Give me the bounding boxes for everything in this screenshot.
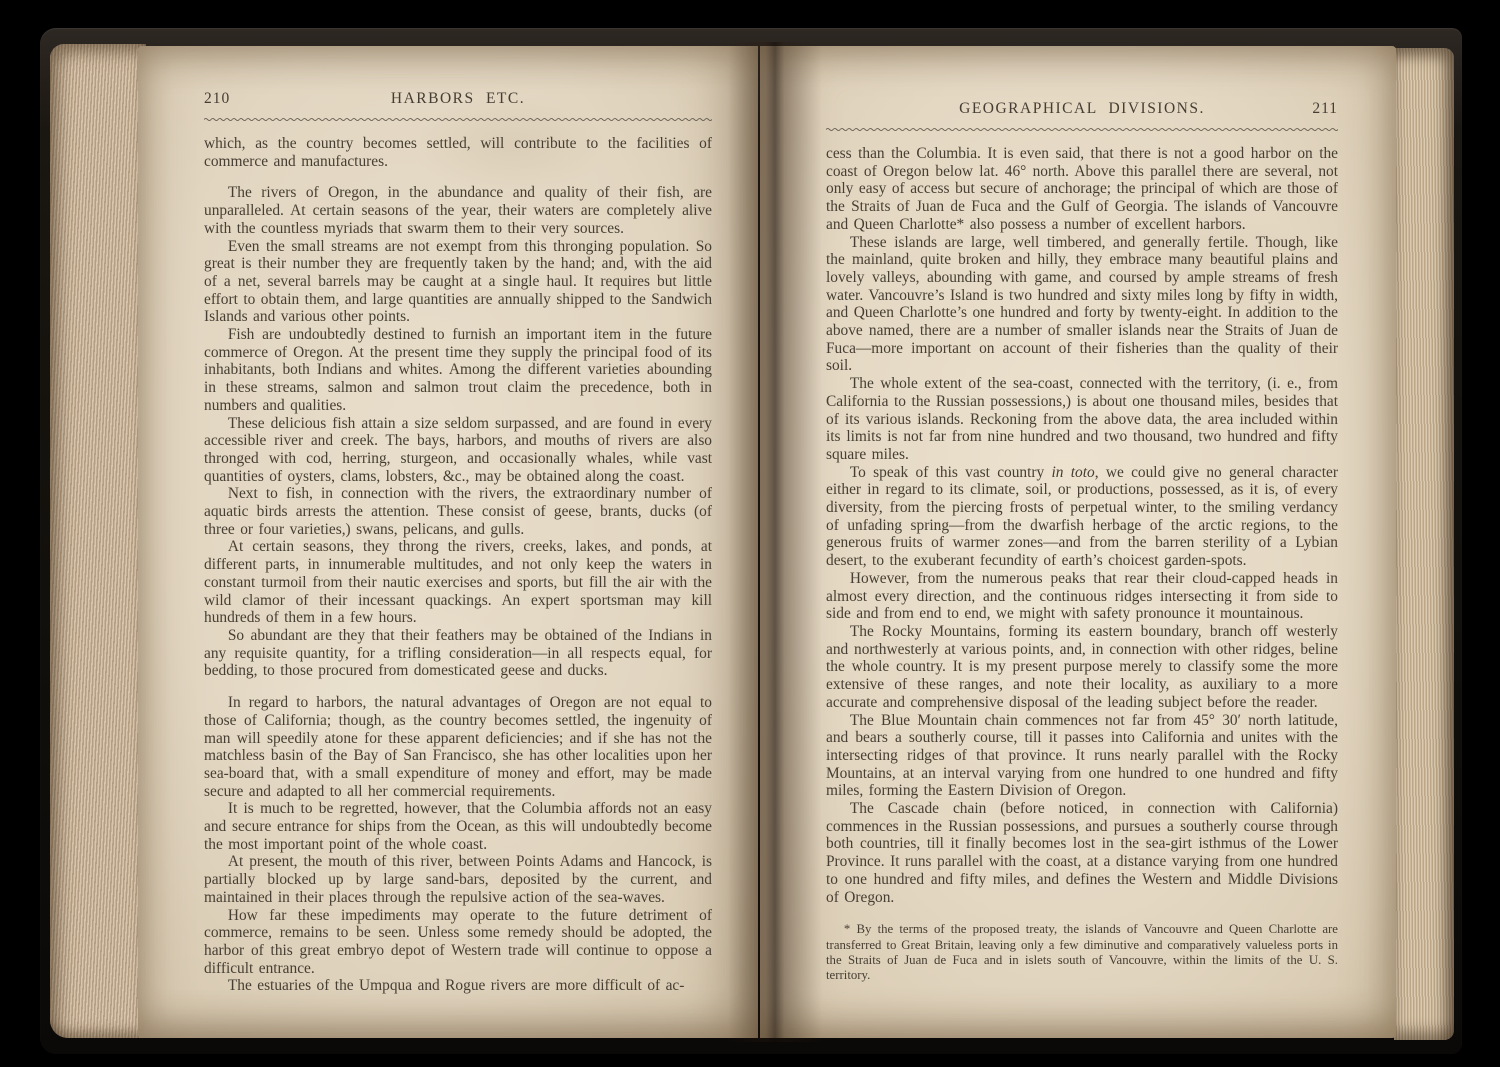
- left-running-head: HARBORS ETC.: [204, 90, 712, 108]
- left-page-body: which, as the country becomes settled, w…: [204, 135, 712, 995]
- right-page: GEOGRAPHICAL DIVISIONS. 211 cess than th…: [760, 46, 1396, 1038]
- left-page-number: 210: [204, 90, 230, 108]
- paragraph: The rivers of Oregon, in the abundance a…: [204, 184, 712, 237]
- paragraph: To speak of this vast country in toto, w…: [826, 464, 1338, 570]
- paragraph: These delicious fish attain a size seldo…: [204, 415, 712, 486]
- paragraph: At present, the mouth of this river, bet…: [204, 853, 712, 906]
- right-page-body: cess than the Columbia. It is even said,…: [826, 145, 1338, 984]
- paragraph-text: To speak of this vast country: [850, 464, 1052, 481]
- paragraph: The Cascade chain (before noticed, in co…: [826, 800, 1338, 906]
- paragraph: The whole extent of the sea-coast, conne…: [826, 375, 1338, 464]
- paragraph: These islands are large, well timbered, …: [826, 234, 1338, 376]
- paragraph: Fish are undoubtedly destined to furnish…: [204, 326, 712, 415]
- right-page-header: GEOGRAPHICAL DIVISIONS. 211: [826, 100, 1338, 120]
- paragraph: The Rocky Mountains, forming its eastern…: [826, 623, 1338, 712]
- paragraph: which, as the country becomes settled, w…: [204, 135, 712, 170]
- wavy-rule: [204, 117, 712, 122]
- photo-background: 210 HARBORS ETC. which, as the country b…: [0, 0, 1500, 1067]
- page-edges-left: [50, 44, 146, 1038]
- book: 210 HARBORS ETC. which, as the country b…: [40, 28, 1462, 1054]
- paragraph: The estuaries of the Umpqua and Rogue ri…: [204, 977, 712, 995]
- paragraph: The Blue Mountain chain commences not fa…: [826, 712, 1338, 801]
- paragraph: However, from the numerous peaks that re…: [826, 570, 1338, 623]
- left-page-header: 210 HARBORS ETC.: [204, 90, 712, 110]
- wavy-rule: [826, 127, 1338, 132]
- right-running-head: GEOGRAPHICAL DIVISIONS.: [826, 100, 1338, 118]
- paragraph: Next to fish, in connection with the riv…: [204, 485, 712, 538]
- paragraph: Even the small streams are not exempt fr…: [204, 238, 712, 327]
- paragraph: It is much to be regretted, however, tha…: [204, 800, 712, 853]
- right-page-number: 211: [1312, 100, 1338, 118]
- page-edges-right: [1394, 48, 1454, 1040]
- paragraph: In regard to harbors, the natural advant…: [204, 694, 712, 800]
- footnote: * By the terms of the proposed treaty, t…: [826, 922, 1338, 984]
- left-page: 210 HARBORS ETC. which, as the country b…: [138, 46, 758, 1038]
- paragraph: So abundant are they that their feathers…: [204, 627, 712, 680]
- paragraph: cess than the Columbia. It is even said,…: [826, 145, 1338, 234]
- italic-phrase: in toto: [1052, 464, 1095, 481]
- paragraph: At certain seasons, they throng the rive…: [204, 538, 712, 627]
- paragraph: How far these impediments may operate to…: [204, 907, 712, 978]
